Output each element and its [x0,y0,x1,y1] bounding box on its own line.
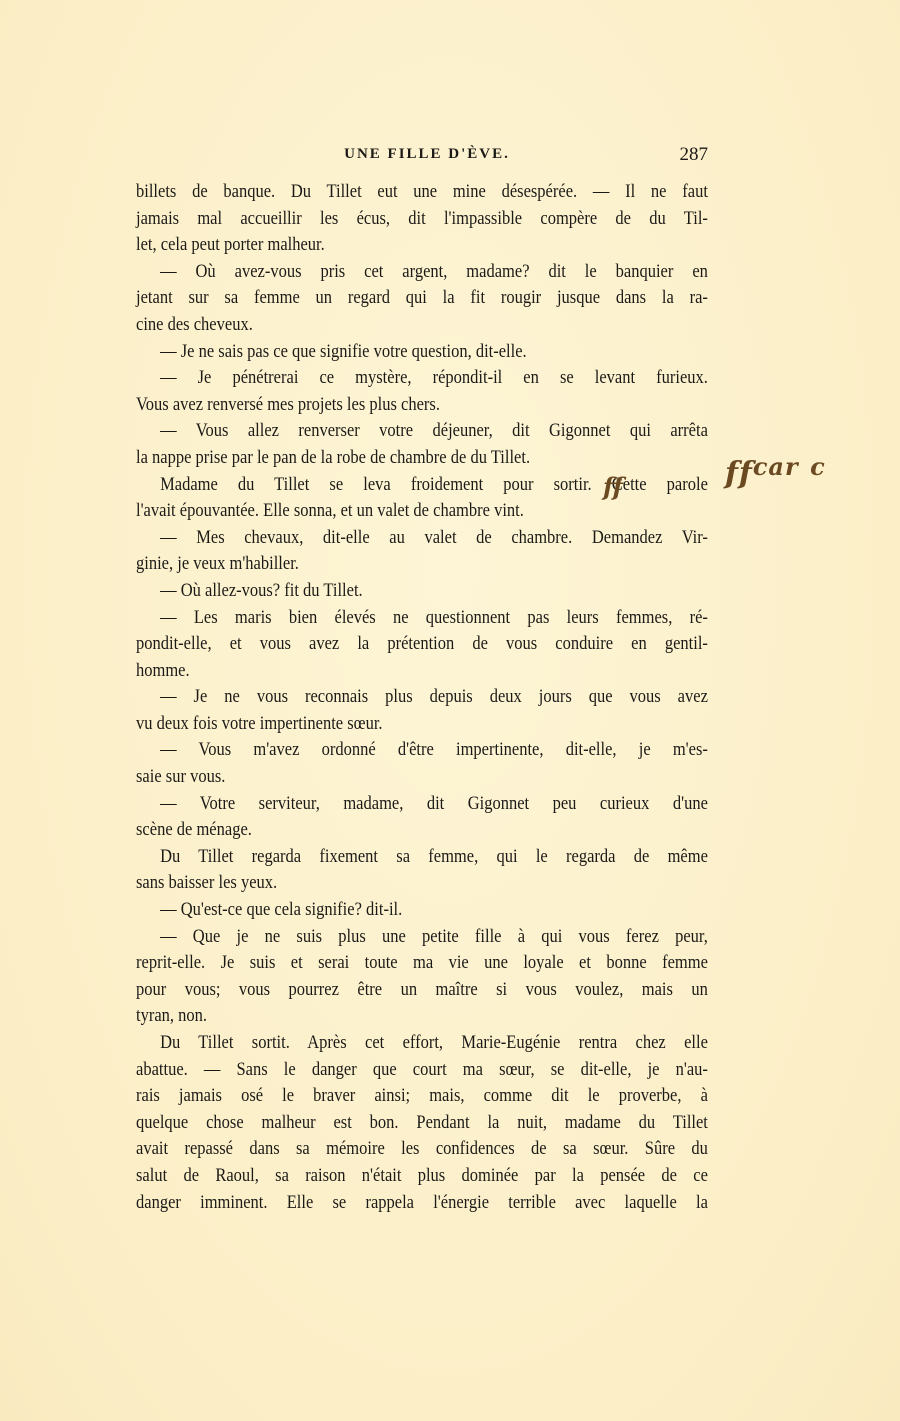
text-line: — Je pénétrerai ce mystère, répondit-il … [136,365,708,392]
text-line: ginie, je veux m'habiller. [136,551,708,578]
book-page: UNE FILLE D'ÈVE. 287 billets de banque. … [0,0,900,1421]
text-line: saie sur vous. [136,764,708,791]
running-title: UNE FILLE D'ÈVE. [136,146,708,163]
text-line: homme. [136,658,708,685]
body-text: billets de banque. Du Tillet eut une min… [136,179,708,1216]
text-line: — Qu'est-ce que cela signifie? dit-il. [136,897,708,924]
text-line: vu deux fois votre impertinente sœur. [136,711,708,738]
margin-note-symbol: ff [725,456,753,491]
text-line: avait repassé dans sa mémoire les confid… [136,1136,708,1163]
text-line: sans baisser les yeux. [136,870,708,897]
text-line: l'avait épouvantée. Elle sonna, et un va… [136,498,708,525]
handwritten-correction-mark: ff [603,472,623,501]
text-line: — Les maris bien élevés ne questionnent … [136,605,708,632]
text-line: abattue. — Sans le danger que court ma s… [136,1057,708,1084]
text-line: — Mes chevaux, dit-elle au valet de cham… [136,525,708,552]
running-head: UNE FILLE D'ÈVE. 287 [136,146,708,172]
text-line: — Je ne vous reconnais plus depuis deux … [136,684,708,711]
text-line: reprit-elle. Je suis et serai toute ma v… [136,950,708,977]
text-line: Du Tillet sortit. Après cet effort, Mari… [136,1030,708,1057]
text-line: jetant sur sa femme un regard qui la fit… [136,285,708,312]
text-line: — Votre serviteur, madame, dit Gigonnet … [136,791,708,818]
text-line: — Où avez-vous pris cet argent, madame? … [136,259,708,286]
text-line: quelque chose malheur est bon. Pendant l… [136,1110,708,1137]
margin-note-tail: c [810,452,826,481]
text-line: Vous avez renversé mes projets les plus … [136,392,708,419]
page-number: 287 [680,144,709,166]
text-line: let, cela peut porter malheur. [136,232,708,259]
text-line: Du Tillet regarda fixement sa femme, qui… [136,844,708,871]
text-line: tyran, non. [136,1003,708,1030]
text-line: scène de ménage. [136,817,708,844]
text-line: salut de Raoul, sa raison n'était plus d… [136,1163,708,1190]
text-line: danger imminent. Elle se rappela l'énerg… [136,1190,708,1217]
text-line: pour vous; vous pourrez être un maître s… [136,977,708,1004]
text-line: — Je ne sais pas ce que signifie votre q… [136,339,708,366]
text-line: cine des cheveux. [136,312,708,339]
text-line: — Vous m'avez ordonné d'être impertinent… [136,737,708,764]
text-line: billets de banque. Du Tillet eut une min… [136,179,708,206]
text-line: — Où allez-vous? fit du Tillet. [136,578,708,605]
handwritten-margin-note: ffcar c [725,456,826,491]
text-line: rais jamais osé le braver ainsi; mais, c… [136,1083,708,1110]
margin-note-word: car [753,452,799,481]
text-line: — Vous allez renverser votre déjeuner, d… [136,418,708,445]
text-line: la nappe prise par le pan de la robe de … [136,445,708,472]
text-line: jamais mal accueillir les écus, dit l'im… [136,206,708,233]
text-line: pondit-elle, et vous avez la prétention … [136,631,708,658]
text-line: — Que je ne suis plus une petite fille à… [136,924,708,951]
